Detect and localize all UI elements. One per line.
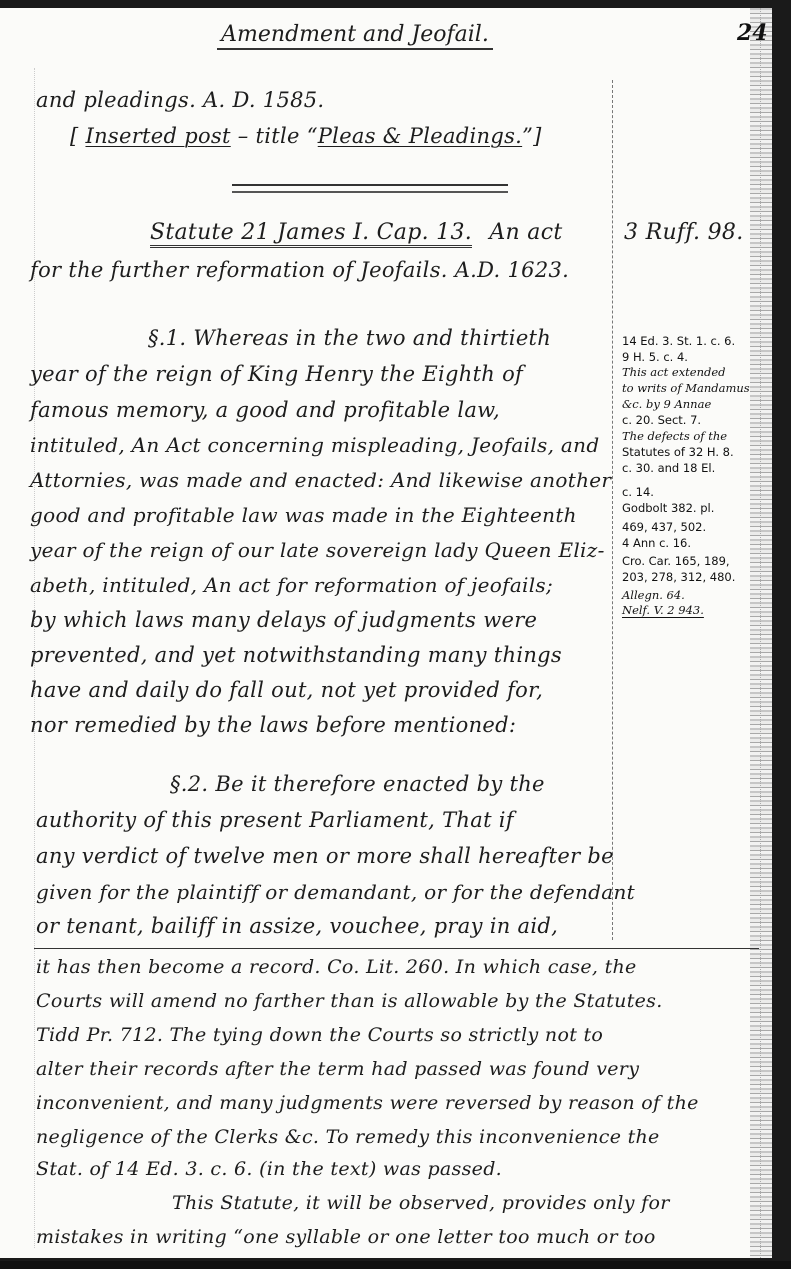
section-1-line: year of the reign of King Henry the Eigh… <box>30 362 523 386</box>
section-divider <box>232 184 508 193</box>
bracket-close: ”] <box>522 124 542 148</box>
margin-column-rule <box>612 80 613 940</box>
margin-note: 9 H. 5. c. 4. <box>622 350 688 364</box>
margin-note: c. 20. Sect. 7. <box>622 413 701 427</box>
footnote-line: Stat. of 14 Ed. 3. c. 6. (in the text) w… <box>36 1158 502 1180</box>
statute-heading: Statute 21 James I. Cap. 13. An act <box>150 220 563 245</box>
margin-note: &c. by 9 Annae <box>622 397 711 411</box>
margin-note: The defects of the <box>622 429 727 443</box>
bracket-open: [ <box>70 124 79 148</box>
footnote-line: alter their records after the term had p… <box>36 1058 639 1080</box>
margin-note: c. 14. <box>622 485 654 499</box>
section-1-line: prevented, and yet notwithstanding many … <box>30 643 562 667</box>
statute-citation: 3 Ruff. 98. <box>624 220 744 245</box>
text-line: and pleadings. A. D. 1585. <box>36 88 324 112</box>
page-title-text: Amendment and Jeofail. <box>217 22 493 50</box>
footnote-separator <box>34 948 759 949</box>
margin-note: This act extended <box>622 365 726 379</box>
section-2-line: or tenant, bailiff in assize, vouchee, p… <box>36 914 558 938</box>
section-2-line: given for the plaintiff or demandant, or… <box>36 880 635 904</box>
section-1-line: abeth, intituled, An act for reformation… <box>30 573 553 597</box>
page-edge-shadow <box>750 8 772 1258</box>
margin-note: 4 Ann c. 16. <box>622 536 691 550</box>
margin-note: 469, 437, 502. <box>622 520 706 534</box>
footnote-line: Courts will amend no farther than is all… <box>36 990 663 1012</box>
section-2-line: any verdict of twelve men or more shall … <box>36 844 614 868</box>
inserted-title: Pleas & Pleadings. <box>318 124 522 148</box>
inserted-mid: – title “ <box>238 124 318 148</box>
page-number: 24 <box>737 20 768 46</box>
manuscript-page: Amendment and Jeofail. 24 and pleadings.… <box>0 8 772 1258</box>
statute-title: Statute 21 James I. Cap. 13. <box>150 220 472 248</box>
margin-note: to writs of Mandamus <box>622 381 750 395</box>
section-1-line: Attornies, was made and enacted: And lik… <box>30 468 611 492</box>
section-1-line: intituled, An Act concerning mispleading… <box>30 433 599 457</box>
margin-note: 14 Ed. 3. St. 1. c. 6. <box>622 334 735 348</box>
statute-subtitle: for the further reformation of Jeofails.… <box>30 258 569 282</box>
section-1-line: famous memory, a good and profitable law… <box>30 398 500 422</box>
margin-note: Cro. Car. 165, 189, <box>622 554 730 568</box>
margin-note: 203, 278, 312, 480. <box>622 570 735 584</box>
right-margin-guide <box>760 8 761 1258</box>
margin-note: Godbolt 382. pl. <box>622 501 714 515</box>
section-1-line: §.1. Whereas in the two and thirtieth <box>148 326 551 350</box>
footnote-line: This Statute, it will be observed, provi… <box>172 1192 670 1214</box>
page-title: Amendment and Jeofail. <box>0 22 710 47</box>
footnote-line: negligence of the Clerks &c. To remedy t… <box>36 1126 660 1148</box>
section-1-line: nor remedied by the laws before mentione… <box>30 713 516 737</box>
footnote-line: it has then become a record. Co. Lit. 26… <box>36 956 637 978</box>
section-1-line: year of the reign of our late sovereign … <box>30 538 605 562</box>
section-1-line: by which laws many delays of judgments w… <box>30 608 537 632</box>
statute-title-rest: An act <box>489 220 562 245</box>
footnote-line: mistakes in writing “one syllable or one… <box>36 1226 656 1248</box>
margin-note: Statutes of 32 H. 8. <box>622 445 734 459</box>
footnote-line: inconvenient, and many judgments were re… <box>36 1092 699 1114</box>
section-2-line: authority of this present Parliament, Th… <box>36 808 514 832</box>
margin-note: Nelf. V. 2 943. <box>622 603 704 617</box>
section-2-line: §.2. Be it therefore enacted by the <box>170 772 545 796</box>
section-1-line: good and profitable law was made in the … <box>30 503 577 527</box>
inserted-note: [ Inserted post – title “Pleas & Pleadin… <box>70 124 542 148</box>
section-1-line: have and daily do fall out, not yet prov… <box>30 678 543 702</box>
margin-note: c. 30. and 18 El. <box>622 461 715 475</box>
footnote-line: Tidd Pr. 712. The tying down the Courts … <box>36 1024 603 1046</box>
margin-note: Allegn. 64. <box>622 588 685 602</box>
inserted-label: Inserted post <box>85 124 230 148</box>
scan-bottom-border <box>0 1261 791 1269</box>
